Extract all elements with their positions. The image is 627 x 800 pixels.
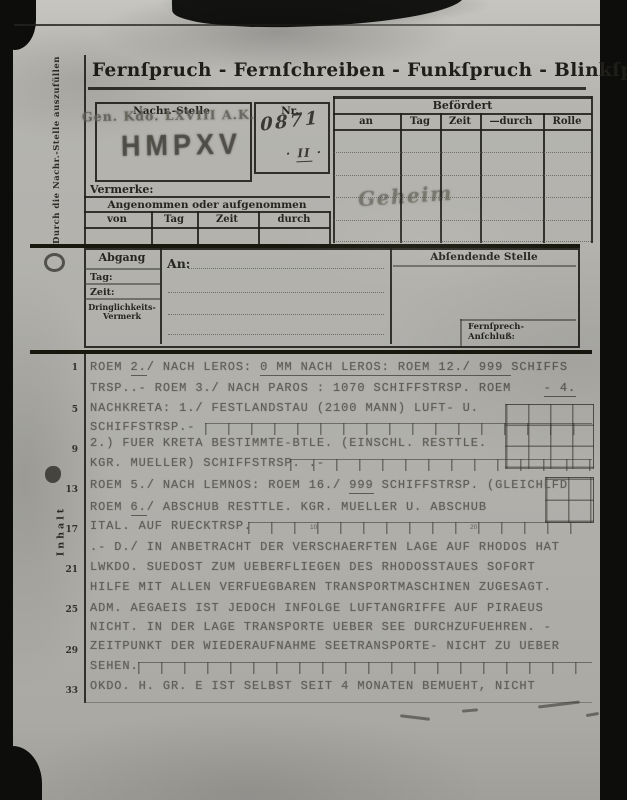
title-rule xyxy=(88,87,586,90)
roman-two: II xyxy=(296,146,312,163)
befoerdert-vertical-rule xyxy=(591,96,593,243)
fernsprech-line-2: Anſchluß: xyxy=(468,333,524,343)
thick-rule-2 xyxy=(30,350,592,354)
text: .- D./ IN ANBETRACHT DER VERSCHAERFTEN L… xyxy=(90,540,560,554)
befoerdert-row-line xyxy=(334,241,591,242)
abgang-zeit-label: Zeit: xyxy=(90,287,114,298)
body-text-line: OKDO. H. GR. E IST SELBST SEIT 4 MONATEN… xyxy=(90,680,536,692)
angenommen-column-header: Zeit xyxy=(199,214,255,225)
body-text-line: ADM. AEGAEIS IST JEDOCH INFOLGE LUFTANGR… xyxy=(90,602,544,614)
an-writing-line xyxy=(168,314,384,315)
befoerdert-column-header: —durch xyxy=(479,116,543,127)
line-number: 1 xyxy=(58,363,78,373)
text: SCHIFFS xyxy=(511,360,568,374)
absendende-rule xyxy=(393,265,576,267)
paper-fold-line xyxy=(14,24,600,26)
fernsprech-left-rule xyxy=(460,319,462,346)
underlined-text: - 4. xyxy=(544,381,576,397)
text: HILFE MIT ALLEN VERFUEGBAREN TRANSPORTMA… xyxy=(90,580,552,594)
abgang-title: Abgang xyxy=(84,251,160,264)
underlined-text: 999 xyxy=(349,478,373,494)
text: SEHEN. xyxy=(90,659,139,673)
scan-edge-right xyxy=(600,0,627,800)
underlined-text: 0 MM NACH LEROS: ROEM 12./ 999 xyxy=(260,360,511,376)
underlined-text: 2. xyxy=(131,360,147,376)
body-text-line: ZEITPUNKT DER WIEDERAUFNAHME SEETRANSPOR… xyxy=(90,640,560,652)
befoerdert-row-line xyxy=(334,220,591,221)
befoerdert-vertical-rule xyxy=(440,113,442,243)
text: TRSP..- ROEM 3./ NACH PAROS : 1070 SCHIF… xyxy=(90,381,544,395)
angenommen-column-header: durch xyxy=(266,214,322,225)
fernsprech-label: Fernſprech- Anſchluß: xyxy=(468,323,524,342)
body-text-line: ROEM 5./ NACH LEMNOS: ROEM 16./ 999 SCHI… xyxy=(90,479,568,491)
abgang-rule-1 xyxy=(84,268,160,270)
text: OKDO. H. GR. E IST SELBST SEIT 4 MONATEN… xyxy=(90,679,536,693)
angenommen-vertical-rule xyxy=(197,211,199,244)
counting-grid-strip xyxy=(290,459,592,471)
line-number: 25 xyxy=(58,605,78,615)
text: ADM. AEGAEIS IST JEDOCH INFOLGE LUFTANGR… xyxy=(90,601,544,615)
text: ROEM 5./ NACH LEMNOS: ROEM 16./ xyxy=(90,478,349,492)
margin-note-vertical: Durch die Nachr.-Stelle auszufüllen xyxy=(52,56,62,244)
body-text-line: NICHT. IN DER LAGE TRANSPORTE UEBER SEE … xyxy=(90,621,552,633)
scanned-message-form: Fernſpruch - Fernſchreiben - Funkſpruch … xyxy=(0,0,627,800)
body-text-line: HILFE MIT ALLEN VERFUEGBAREN TRANSPORTMA… xyxy=(90,581,552,593)
text: ROEM xyxy=(90,500,131,514)
dot: · xyxy=(286,147,292,161)
absendende-stelle-label: Abſendende Stelle xyxy=(390,251,578,263)
vermerke-label: Vermerke: xyxy=(90,183,153,196)
befoerdert-vertical-rule xyxy=(480,113,482,243)
body-text-line: ITAL. AUF RUECKTRSP. xyxy=(90,520,252,532)
left-form-rule xyxy=(84,55,86,245)
body-text-line: TRSP..- ROEM 3./ NACH PAROS : 1070 SCHIF… xyxy=(90,382,576,394)
befoerdert-title: Befördert xyxy=(333,99,592,112)
line-number: 5 xyxy=(58,405,78,415)
ink-blot-ring xyxy=(44,253,65,272)
counting-grid-strip xyxy=(205,423,592,435)
body-bottom-rule xyxy=(84,702,592,703)
body-text-line: SEHEN. xyxy=(90,660,139,672)
underlined-text: 6. xyxy=(131,500,147,516)
fernsprech-top-rule xyxy=(460,319,576,321)
dringlichkeit-line-2: Vermerk xyxy=(84,312,160,321)
befoerdert-subheader-rule xyxy=(333,129,592,131)
unit-stamp: Gen. Kdo. LXVIII A.K. xyxy=(82,107,254,124)
text: LWKDO. SUEDOST ZUM UEBERFLIEGEN DES RHOD… xyxy=(90,560,536,574)
body-left-rule xyxy=(84,354,86,703)
text: ZEITPUNKT DER WIEDERAUFNAHME SEETRANSPOR… xyxy=(90,639,560,653)
dringlichkeit-label: Dringlichkeits- Vermerk xyxy=(84,303,160,321)
text: ROEM xyxy=(90,360,131,374)
angenommen-column-header: von xyxy=(89,214,145,225)
angenommen-vertical-rule xyxy=(329,211,331,244)
angenommen-vertical-rule xyxy=(258,211,260,244)
befoerdert-vertical-rule xyxy=(543,113,545,243)
grid-cell-number: 10 xyxy=(310,524,317,531)
text: ITAL. AUF RUECKTRSP. xyxy=(90,519,252,533)
line-number: 21 xyxy=(58,565,78,575)
text: / ABSCHUB RESTTLE. KGR. MUELLER U. ABSCH… xyxy=(147,500,487,514)
befoerdert-column-header: Rolle xyxy=(535,116,599,127)
band-divider-1 xyxy=(160,248,162,344)
line-number: 17 xyxy=(58,525,78,535)
an-writing-line xyxy=(168,334,384,335)
code-stamp: HMPXV xyxy=(121,128,243,164)
body-text-line: NACHKRETA: 1./ FESTLANDSTAU (2100 MANN) … xyxy=(90,402,479,414)
befoerdert-header-rule xyxy=(333,113,592,115)
an-writing-line xyxy=(168,292,384,293)
befoerdert-row-line xyxy=(334,152,591,153)
counting-grid-strip xyxy=(248,522,592,534)
angenommen-header-rule xyxy=(84,211,330,213)
abgang-rule-3 xyxy=(84,298,160,300)
text: 2.) FUER KRETA BESTIMMTE-BTLE. (EINSCHL.… xyxy=(90,436,487,450)
angenommen-vertical-rule xyxy=(151,211,153,244)
line-number: 13 xyxy=(58,485,78,495)
abgang-rule-2 xyxy=(84,283,160,285)
angenommen-title: Angenommen oder aufgenommen xyxy=(84,199,330,211)
angenommen-subheader-rule xyxy=(84,227,330,229)
text: / NACH LEROS: xyxy=(147,360,260,374)
form-title: Fernſpruch - Fernſchreiben - Funkſpruch … xyxy=(92,60,588,81)
befoerdert-row-line xyxy=(334,175,591,176)
body-text-line: 2.) FUER KRETA BESTIMMTE-BTLE. (EINSCHL.… xyxy=(90,437,487,449)
dot: · xyxy=(316,145,322,159)
angenommen-column-header: Tag xyxy=(146,214,202,225)
body-text-line: LWKDO. SUEDOST ZUM UEBERFLIEGEN DES RHOD… xyxy=(90,561,536,573)
body-text-line: ROEM 2./ NACH LEROS: 0 MM NACH LEROS: RO… xyxy=(90,361,568,373)
scan-edge-left xyxy=(0,0,13,800)
roman-numeral-handwritten: · II · xyxy=(286,145,323,161)
an-label: An: xyxy=(167,256,190,271)
angenommen-top-rule xyxy=(84,196,330,198)
body-text-line: ROEM 6./ ABSCHUB RESTTLE. KGR. MUELLER U… xyxy=(90,501,487,513)
befoerdert-vertical-rule xyxy=(400,113,402,243)
grid-cell-number: 20 xyxy=(470,524,477,531)
text: SCHIFFSTRSP.- xyxy=(90,420,195,434)
text: NICHT. IN DER LAGE TRANSPORTE UEBER SEE … xyxy=(90,620,552,634)
abgang-tag-label: Tag: xyxy=(90,272,112,283)
body-text-line: SCHIFFSTRSP.- xyxy=(90,421,195,433)
counting-grid-strip xyxy=(138,662,592,674)
body-text-line: .- D./ IN ANBETRACHT DER VERSCHAERFTEN L… xyxy=(90,541,560,553)
line-number: 33 xyxy=(58,686,78,696)
befoerdert-row-line xyxy=(334,197,591,198)
line-number: 9 xyxy=(58,445,78,455)
text: SCHIFFSTRSP. (GLEICHLFD xyxy=(374,478,568,492)
text: NACHKRETA: 1./ FESTLANDSTAU (2100 MANN) … xyxy=(90,401,479,415)
line-number: 29 xyxy=(58,646,78,656)
an-writing-line xyxy=(188,268,384,269)
